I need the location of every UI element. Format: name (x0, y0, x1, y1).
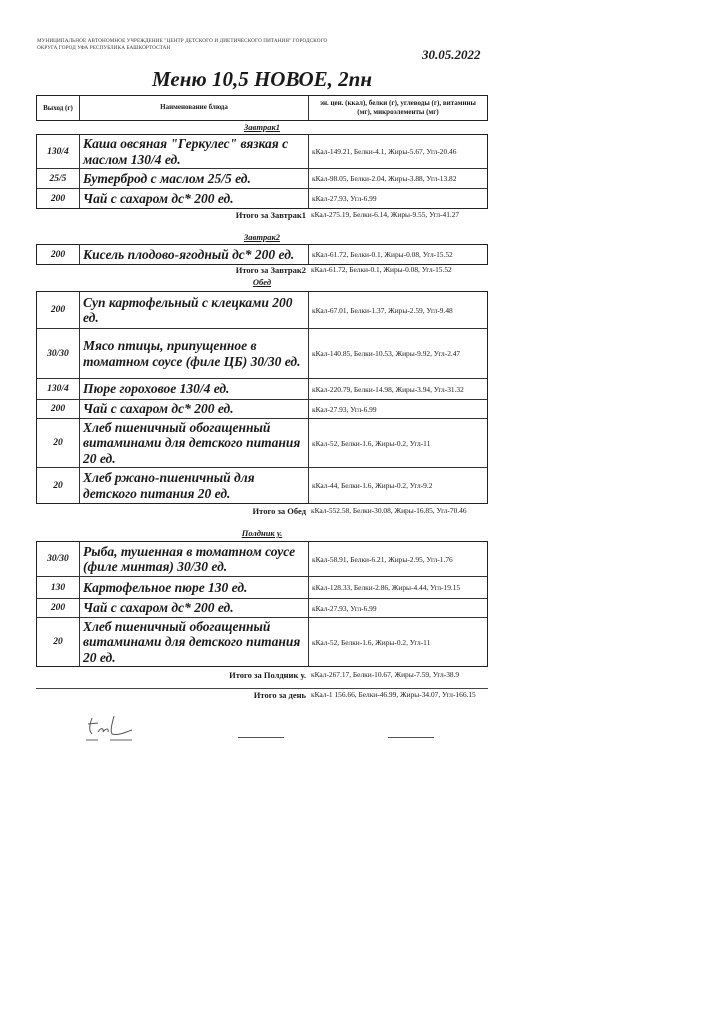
yield-cell: 20 (37, 419, 80, 467)
dish-name-cell: Чай с сахаром дс* 200 ед. (80, 400, 309, 418)
section-title: Полдник у. (36, 528, 488, 538)
column-header-table: Выход (г) Наименование блюда эн. цен. (к… (36, 95, 488, 121)
yield-cell: 130/4 (37, 379, 80, 399)
handwritten-signature-icon (84, 710, 144, 751)
table-row: 200 Чай с сахаром дс* 200 ед. кКал-27.93… (37, 399, 487, 418)
day-total: Итого за день кКал-1 156.66, Белки-46.99… (36, 690, 488, 700)
signature-line (388, 737, 434, 738)
dish-name-cell: Кисель плодово-ягодный дс* 200 ед. (80, 245, 309, 264)
dish-name-cell: Мясо птицы, припущенное в томатном соусе… (80, 329, 309, 378)
dish-name-cell: Бутерброд с маслом 25/5 ед. (80, 169, 309, 188)
yield-cell: 130 (37, 577, 80, 598)
section-title: Завтрак1 (36, 122, 488, 132)
document-date: 30.05.2022 (422, 47, 481, 63)
dish-name-cell: Суп картофельный с клецками 200 ед. (80, 292, 309, 328)
yield-cell: 25/5 (37, 169, 80, 188)
day-total-divider (36, 688, 488, 689)
total-value: кКал-61.72, Белки-0.1, Жиры-0.08, Угл-15… (309, 265, 488, 275)
col-name-header: Наименование блюда (80, 96, 309, 120)
dish-name-cell: Рыба, тушенная в томатном соусе (филе ми… (80, 542, 309, 576)
nutrition-cell: кКал-128.33, Белки-2.86, Жиры-4.44, Угл-… (309, 577, 487, 598)
section-total: Итого за Завтрак1 кКал-275.19, Белки-6.1… (36, 210, 488, 220)
yield-cell: 130/4 (37, 135, 80, 168)
table-row: 30/30 Рыба, тушенная в томатном соусе (ф… (37, 542, 487, 576)
col-nutrition-header: эн. цен. (ккал), белки (г), углеводы (г)… (309, 96, 487, 120)
nutrition-cell: кКал-58.91, Белки-6.21, Жиры-2.95, Угл-1… (309, 542, 487, 576)
nutrition-cell: кКал-44, Белки-1.6, Жиры-0.2, Угл-9.2 (309, 468, 487, 503)
signature-line (238, 737, 284, 738)
nutrition-cell: кКал-27.93, Угл-6.99 (309, 400, 487, 418)
total-label: Итого за Обед (36, 506, 309, 516)
table-row: 130/4 Пюре гороховое 130/4 ед. кКал-220.… (37, 378, 487, 399)
table-row: 20 Хлеб пшеничный обогащенный витаминами… (37, 418, 487, 467)
total-value: кКал-552.58, Белки-30.08, Жиры-16.85, Уг… (309, 506, 488, 516)
yield-cell: 200 (37, 189, 80, 208)
nutrition-cell: кКал-98.05, Белки-2.04, Жиры-3.88, Угл-1… (309, 169, 487, 188)
nutrition-cell: кКал-220.79, Белки-14.98, Жиры-3.94, Угл… (309, 379, 487, 399)
organization-name: МУНИЦИПАЛЬНОЕ АВТОНОМНОЕ УЧРЕЖДЕНИЕ "ЦЕН… (37, 38, 337, 52)
total-value: кКал-275.19, Белки-6.14, Жиры-9.55, Угл-… (309, 210, 488, 220)
day-total-label: Итого за день (36, 690, 309, 700)
nutrition-cell: кКал-149.21, Белки-4.1, Жиры-5.67, Угл-2… (309, 135, 487, 168)
dish-name-cell: Хлеб пшеничный обогащенный витаминами дл… (80, 419, 309, 467)
table-row: 200 Суп картофельный с клецками 200 ед. … (37, 292, 487, 328)
yield-cell: 30/30 (37, 542, 80, 576)
section-table-snack: 30/30 Рыба, тушенная в томатном соусе (ф… (36, 541, 488, 667)
dish-name-cell: Картофельное пюре 130 ед. (80, 577, 309, 598)
nutrition-cell: кКал-61.72, Белки-0.1, Жиры-0.08, Угл-15… (309, 245, 487, 264)
yield-cell: 200 (37, 245, 80, 264)
dish-name-cell: Чай с сахаром дс* 200 ед. (80, 599, 309, 617)
section-total: Итого за Завтрак2 кКал-61.72, Белки-0.1,… (36, 265, 488, 275)
dish-name-cell: Хлеб ржано-пшеничный для детского питани… (80, 468, 309, 503)
nutrition-cell: кКал-140.85, Белки-10.53, Жиры-9.92, Угл… (309, 329, 487, 378)
table-row: 30/30 Мясо птицы, припущенное в томатном… (37, 328, 487, 378)
nutrition-cell: кКал-52, Белки-1.6, Жиры-0.2, Угл-11 (309, 419, 487, 467)
dish-name-cell: Пюре гороховое 130/4 ед. (80, 379, 309, 399)
total-value: кКал-267.17, Белки-10.67, Жиры-7.59, Угл… (309, 670, 488, 680)
nutrition-cell: кКал-27.93, Угл-6.99 (309, 599, 487, 617)
yield-cell: 20 (37, 618, 80, 666)
total-label: Итого за Завтрак2 (36, 265, 309, 275)
dish-name-cell: Чай с сахаром дс* 200 ед. (80, 189, 309, 208)
nutrition-cell: кКал-67.01, Белки-1.37, Жиры-2.59, Угл-9… (309, 292, 487, 328)
section-table-breakfast2: 200 Кисель плодово-ягодный дс* 200 ед. к… (36, 244, 488, 265)
section-table-lunch: 200 Суп картофельный с клецками 200 ед. … (36, 291, 488, 504)
yield-cell: 20 (37, 468, 80, 503)
nutrition-cell: кКал-27.93, Угл-6.99 (309, 189, 487, 208)
dish-name-cell: Каша овсяная "Геркулес" вязкая с маслом … (80, 135, 309, 168)
nutrition-cell: кКал-52, Белки-1.6, Жиры-0.2, Угл-11 (309, 618, 487, 666)
section-title: Завтрак2 (36, 232, 488, 242)
table-row: 20 Хлеб ржано-пшеничный для детского пит… (37, 467, 487, 503)
page-title: Меню 10,5 НОВОЕ, 2пн (0, 67, 524, 92)
section-table-breakfast1: 130/4 Каша овсяная "Геркулес" вязкая с м… (36, 134, 488, 209)
yield-cell: 200 (37, 292, 80, 328)
table-row: 20 Хлеб пшеничный обогащенный витаминами… (37, 617, 487, 666)
yield-cell: 30/30 (37, 329, 80, 378)
section-total: Итого за Полдник у. кКал-267.17, Белки-1… (36, 670, 488, 680)
table-row: 130/4 Каша овсяная "Геркулес" вязкая с м… (37, 135, 487, 168)
table-row: 25/5 Бутерброд с маслом 25/5 ед. кКал-98… (37, 168, 487, 188)
header-row: Выход (г) Наименование блюда эн. цен. (к… (37, 96, 487, 120)
table-row: 200 Чай с сахаром дс* 200 ед. кКал-27.93… (37, 598, 487, 617)
table-row: 200 Кисель плодово-ягодный дс* 200 ед. к… (37, 245, 487, 264)
section-title: Обед (36, 277, 488, 287)
col-yield-header: Выход (г) (37, 96, 80, 120)
total-label: Итого за Завтрак1 (36, 210, 309, 220)
total-label: Итого за Полдник у. (36, 670, 309, 680)
dish-name-cell: Хлеб пшеничный обогащенный витаминами дл… (80, 618, 309, 666)
yield-cell: 200 (37, 599, 80, 617)
day-total-value: кКал-1 156.66, Белки-46.99, Жиры-34.07, … (309, 690, 488, 700)
table-row: 200 Чай с сахаром дс* 200 ед. кКал-27.93… (37, 188, 487, 208)
table-row: 130 Картофельное пюре 130 ед. кКал-128.3… (37, 576, 487, 598)
yield-cell: 200 (37, 400, 80, 418)
section-total: Итого за Обед кКал-552.58, Белки-30.08, … (36, 506, 488, 516)
